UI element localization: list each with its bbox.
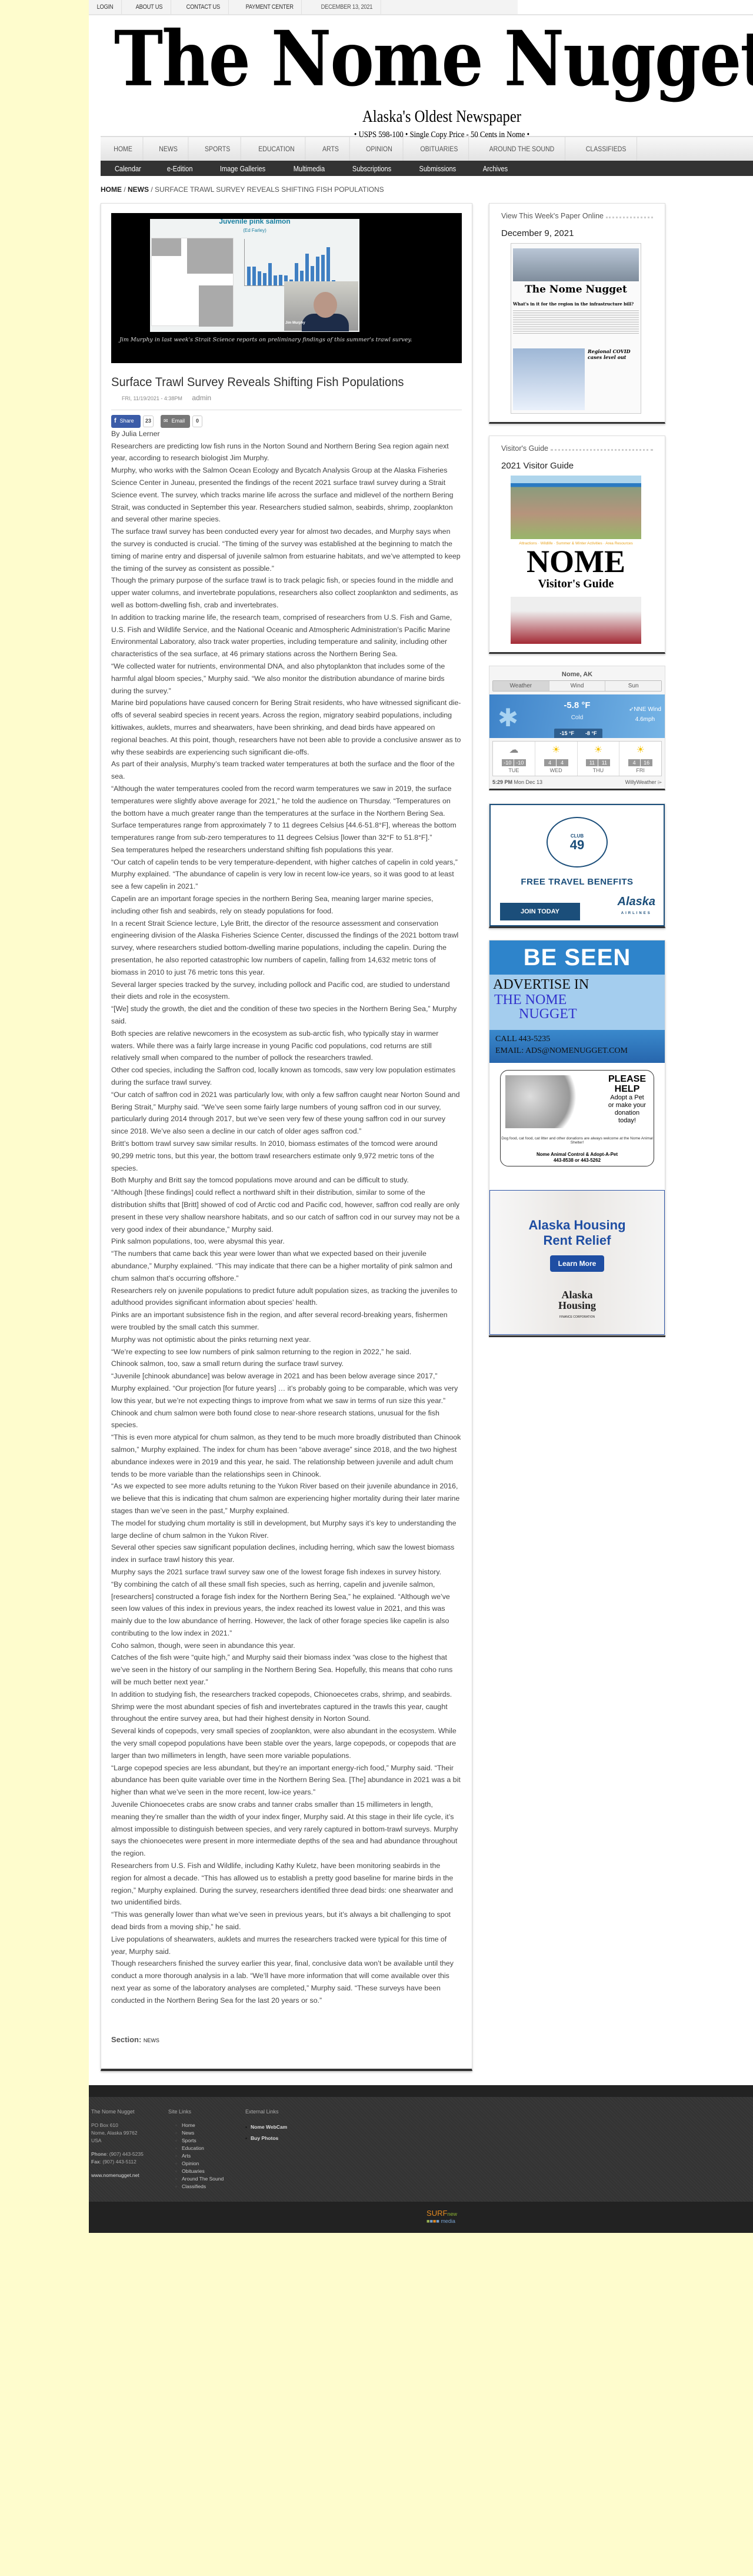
nav-news[interactable]: NEWS (149, 137, 189, 161)
phone-number: : (907) 443-5235 (106, 2151, 144, 2157)
forecast-day-name: THU (578, 767, 619, 773)
ad-subtitle: Adopt a Pet or make your donation today! (607, 1094, 648, 1125)
paragraph: “[We] study the growth, the diet and the… (111, 1003, 462, 1028)
forecast-high: 16 (641, 759, 652, 766)
facebook-icon: f (114, 415, 116, 427)
nav-around-the-sound[interactable]: AROUND THE SOUND (479, 137, 565, 161)
cover-nome: NOME (511, 546, 641, 577)
weather-widget: Nome, AK Weather Wind Sun ✱ -5.8 °F Cold… (489, 666, 665, 790)
byline: By Julia Lerner (111, 428, 462, 440)
slide-title: Juvenile pink salmon (150, 219, 359, 225)
email-share-button[interactable]: ✉Email (161, 415, 190, 428)
paragraph: Sea temperatures helped the researchers … (111, 844, 462, 856)
paragraph: Catches of the fish were “quite high,” a… (111, 1651, 462, 1688)
footer-external-links: External Links Nome WebCam Buy Photos (245, 2109, 322, 2190)
paragraph: Researchers from U.S. Fish and Wildlife,… (111, 1860, 462, 1909)
footer-link-home[interactable]: Home (175, 2122, 245, 2129)
breadcrumb-home[interactable]: HOME (101, 185, 122, 194)
widget-title: Visitor's Guide (501, 444, 548, 453)
subnav-subscriptions[interactable]: Subscriptions (352, 164, 391, 173)
paragraph: “Large copepod species are less abundant… (111, 1762, 462, 1799)
subnav-multimedia[interactable]: Multimedia (294, 164, 325, 173)
current-date: DECEMBER 13, 2021 (313, 0, 381, 14)
facebook-share-label: Share (120, 415, 134, 427)
rent-relief-ad[interactable]: Alaska HousingRent Relief Learn More Ala… (489, 1190, 665, 1335)
address-line: Nome, Alaska 99762 (91, 2129, 168, 2137)
paragraph: “We collected water for nutrients, envir… (111, 660, 462, 697)
forecast-day: ☀1111THU (578, 742, 620, 776)
footer-contact: The Nome Nugget PO Box 610 Nome, Alaska … (91, 2109, 168, 2190)
snow-cloud-icon: ☁ (493, 744, 535, 757)
footer-site-links: Site Links Home News Sports Education Ar… (168, 2109, 245, 2190)
widget-title: View This Week's Paper Online (501, 212, 604, 220)
article-title: Surface Trawl Survey Reveals Shifting Fi… (111, 375, 448, 390)
paragraph: Live populations of shearwaters, auklets… (111, 1933, 462, 1958)
footer-link-news[interactable]: News (175, 2129, 245, 2137)
footer-link-around-the-sound[interactable]: Around The Sound (175, 2175, 245, 2183)
slide-subtitle: (Ed Farley) (150, 225, 359, 237)
advertise-ad[interactable]: BE SEEN ADVERTISE IN THE NOME NUGGET CAL… (489, 940, 665, 1335)
nav-home[interactable]: HOME (104, 137, 144, 161)
site-subtitle: Alaska's Oldest Newspaper (142, 107, 742, 127)
forecast-low: 4 (544, 759, 556, 766)
facebook-share-count: 23 (143, 416, 154, 427)
ad-headline: Alaska Housing (490, 1218, 664, 1233)
breadcrumb-separator: / (122, 185, 128, 194)
share-bar: fShare 23 ✉Email 0 (111, 415, 462, 428)
subnav-image-galleries[interactable]: Image Galleries (220, 164, 265, 173)
article-body: By Julia Lerner Researchers are predicti… (111, 428, 462, 2007)
image-caption: Jim Murphy in last week's Strait Science… (111, 335, 462, 344)
footer-link-arts[interactable]: Arts (175, 2152, 245, 2160)
paragraph: The surface trawl survey has been conduc… (111, 526, 462, 574)
paragraph: Both Murphy and Britt say the tomcod pop… (111, 1174, 462, 1186)
paragraph: The model for studying chum mortality is… (111, 1517, 462, 1542)
nav-education[interactable]: EDUCATION (248, 137, 305, 161)
cover-title: The Nome Nugget (511, 284, 641, 295)
paragraph: Murphy says the 2021 surface trawl surve… (111, 1566, 462, 1578)
footer-title: Site Links (168, 2109, 245, 2115)
club-49-logo: CLUB49 (547, 817, 608, 867)
paragraph: Shrimp were the most abundant species of… (111, 1701, 462, 1726)
weather-provider: WillyWeather (625, 779, 657, 785)
forecast-low: -10 (502, 759, 514, 766)
forecast-high: 4 (557, 759, 568, 766)
breadcrumb-separator: / (149, 185, 155, 194)
about-us-link[interactable]: ABOUT US (128, 0, 171, 14)
cover-visitors-guide: Visitor's Guide (511, 577, 641, 591)
masthead[interactable]: The Nome Nugget Alaska's Oldest Newspape… (89, 15, 753, 136)
contact-us-link[interactable]: CONTACT US (178, 0, 228, 14)
article-meta: FRI, 11/19/2021 - 4:38PM admin (122, 392, 462, 410)
footer-link-education[interactable]: Education (175, 2145, 245, 2152)
paragraph: In a recent Strait Science lecture, Lyle… (111, 918, 462, 979)
paragraph: “Our catch of capelin tends to be very t… (111, 856, 462, 893)
website-link[interactable]: www.nomenugget.net (91, 2172, 168, 2179)
forecast-low: 11 (586, 759, 598, 766)
payment-center-link[interactable]: PAYMENT CENTER (238, 0, 302, 14)
ad-title: PLEASE HELP (607, 1074, 648, 1094)
divider (111, 410, 462, 410)
facebook-share-button[interactable]: fShare (111, 415, 141, 428)
alaska-airlines-logo: AlaskaAIRLINES (618, 896, 656, 919)
alaska-airlines-ad[interactable]: CLUB49 FREE TRAVEL BENEFITS JOIN TODAY A… (489, 803, 665, 928)
fax-number: : (907) 443-5112 (100, 2159, 136, 2165)
visitor-guide-widget: Visitor's Guide 2021 Visitor Guide Attra… (489, 436, 665, 654)
article-section: Section: NEWS (111, 2034, 462, 2047)
email-share-count: 0 (192, 416, 202, 427)
paragraph: Several kinds of copepods, very small sp… (111, 1725, 462, 1761)
paragraph: Capelin are an important forage species … (111, 893, 462, 918)
paragraph: “This was generally lower than what we’v… (111, 1909, 462, 1933)
forecast-day-name: TUE (493, 767, 535, 773)
ad-phone: CALL 443-5235 (495, 1033, 659, 1045)
visitor-guide-link[interactable]: 2021 Visitor Guide (501, 461, 653, 471)
ad-headline: Rent Relief (490, 1233, 664, 1248)
paragraph: Murphy was not optimistic about the pink… (111, 1334, 462, 1346)
login-link[interactable]: LOGIN (89, 0, 122, 14)
ad-email: EMAIL: ADS@NOMENUGGET.COM (495, 1045, 659, 1057)
join-today-button[interactable]: JOIN TODAY (500, 903, 580, 920)
willyweather-link[interactable]: WillyWeather ⌲ (625, 779, 662, 786)
site-logo[interactable]: The Nome Nugget (89, 19, 753, 100)
ad-line: THE NOME (494, 993, 660, 1007)
paper-date[interactable]: December 9, 2021 (501, 228, 653, 238)
envelope-icon: ✉ (164, 415, 168, 427)
cover-headline: What's in it for the region in the infra… (513, 301, 639, 307)
nav-obituaries[interactable]: OBITUARIES (410, 137, 469, 161)
ad-headline: BE SEEN (489, 940, 665, 975)
slide-screenshot: Juvenile pink salmon (Ed Farley) Jim Mur… (150, 219, 359, 332)
ad-line: ADVERTISE IN (493, 977, 661, 993)
slide-bar-chart (244, 239, 350, 286)
buy-photos-link[interactable]: Buy Photos (245, 2133, 322, 2144)
section-label: Section: (111, 2035, 141, 2044)
temp-low: -15 °F (559, 730, 574, 736)
tab-sun[interactable]: Sun (605, 681, 661, 691)
surf-new-media-logo[interactable]: SURFnew■■■■ media (427, 2210, 457, 2225)
willyweather-logo-icon: ⌲ (658, 779, 662, 785)
article-image[interactable]: Juvenile pink salmon (Ed Farley) Jim Mur… (111, 213, 462, 363)
paragraph: “Although the water temperatures cooled … (111, 783, 462, 844)
article-date: FRI, 11/19/2021 - 4:38PM (122, 395, 182, 401)
paragraph: “As we expected to see more adults retun… (111, 1480, 462, 1517)
paragraph: In addition to tracking marine life, the… (111, 611, 462, 660)
paragraph: Though the primary purpose of the surfac… (111, 574, 462, 611)
paragraph: “Juvenile [chinook abundance] was below … (111, 1370, 462, 1407)
paragraph: Marine bird populations have caused conc… (111, 697, 462, 758)
paragraph: Several larger species tracked by the su… (111, 979, 462, 1003)
article: Juvenile pink salmon (Ed Farley) Jim Mur… (101, 203, 472, 2071)
forecast-low: 4 (628, 759, 640, 766)
alaska-housing-logo: AlaskaHousingFINANCE CORPORATION (490, 1289, 664, 1322)
paper-cover-image[interactable]: The Nome Nugget What's in it for the reg… (511, 243, 641, 414)
paragraph: Researchers rely on juvenile populations… (111, 1285, 462, 1309)
ad-phones: 443-8538 or 443-5262 (501, 1158, 654, 1164)
temp-high: -8 °F (585, 730, 597, 736)
email-share-label: Email (172, 415, 185, 427)
nav-opinion[interactable]: OPINION (355, 137, 403, 161)
paragraph: Pinks are an important subsistence fish … (111, 1309, 462, 1334)
forecast-high: 11 (598, 759, 610, 766)
breadcrumb-current: SURFACE TRAWL SURVEY REVEALS SHIFTING FI… (155, 185, 384, 194)
forecast-high: -10 (514, 759, 526, 766)
forecast-day: ☀416FRI (619, 742, 661, 776)
footer-link-opinion[interactable]: Opinion (175, 2160, 245, 2168)
fax-label: Fax (91, 2159, 100, 2165)
paragraph: Chinook salmon, too, saw a small return … (111, 1358, 462, 1370)
forecast-day: ☀44WED (535, 742, 578, 776)
adopt-a-pet-ad[interactable]: PLEASE HELPAdopt a Pet or make your dona… (489, 1063, 665, 1190)
footer-link-sports[interactable]: Sports (175, 2137, 245, 2145)
section-link[interactable]: NEWS (144, 2037, 159, 2043)
tab-wind[interactable]: Wind (549, 681, 606, 691)
footer-title: External Links (245, 2109, 322, 2115)
paragraph: “Our catch of saffron cod in 2021 was pa… (111, 1089, 462, 1138)
paragraph: Researchers are predicting low fish runs… (111, 440, 462, 465)
paragraph: Murphy, who works with the Salmon Ocean … (111, 464, 462, 526)
ad-org: Nome Animal Control & Adopt-A-Pet (501, 1152, 654, 1158)
paragraph: Other cod species, including the Saffron… (111, 1064, 462, 1089)
cover-headline-2: Regional COVID cases level out (588, 348, 641, 360)
webcam-inset: Jim Murphy (284, 281, 358, 331)
footer-title: The Nome Nugget (91, 2109, 168, 2115)
paragraph: Both species are relative newcomers in t… (111, 1028, 462, 1064)
footer: The Nome Nugget PO Box 610 Nome, Alaska … (89, 2085, 753, 2233)
sub-nav: Calendar e-Edition Image Galleries Multi… (101, 161, 753, 176)
sun-snow-icon: ☀ (578, 744, 619, 757)
weather-date: Mon Dec 13 (514, 779, 543, 785)
subnav-archives[interactable]: Archives (482, 164, 507, 173)
top-bar: LOGIN ABOUT US CONTACT US PAYMENT CENTER… (89, 0, 753, 15)
footer-link-classifieds[interactable]: Classifieds (175, 2183, 245, 2191)
nome-webcam-link[interactable]: Nome WebCam (245, 2122, 322, 2133)
nav-classifieds[interactable]: CLASSIFIEDS (575, 137, 637, 161)
slide-map (151, 238, 234, 326)
paragraph: Coho salmon, though, were seen in abunda… (111, 1640, 462, 1652)
paragraph: “Although [these findings] could reflect… (111, 1186, 462, 1235)
visitor-guide-cover[interactable]: Attractions · Wildlife · Summer & Winter… (511, 476, 641, 644)
nav-sports[interactable]: SPORTS (194, 137, 241, 161)
breadcrumb: HOME / NEWS / SURFACE TRAWL SURVEY REVEA… (101, 185, 753, 194)
wind-direction: NNE Wind (634, 706, 661, 713)
paragraph: “We’re expecting to see low numbers of p… (111, 1346, 462, 1358)
nav-arts[interactable]: ARTS (312, 137, 349, 161)
phone-label: Phone (91, 2151, 106, 2157)
paragraph: “By combining the catch of all these sma… (111, 1578, 462, 1640)
breadcrumb-news[interactable]: NEWS (128, 185, 149, 194)
paragraph: In addition to studying fish, the resear… (111, 1688, 462, 1701)
page: LOGIN ABOUT US CONTACT US PAYMENT CENTER… (89, 0, 753, 2233)
address-line: PO Box 610 (91, 2122, 168, 2129)
subnav-calendar[interactable]: Calendar (115, 164, 141, 173)
paragraph: Pink salmon populations, too, were abysm… (111, 1235, 462, 1248)
paragraph: Several other species saw significant po… (111, 1541, 462, 1566)
forecast-day-name: WED (535, 767, 577, 773)
paragraph: As part of their analysis, Murphy’s team… (111, 758, 462, 783)
subnav-submissions[interactable]: Submissions (419, 164, 457, 173)
paragraph: “This is even more atypical for chum sal… (111, 1431, 462, 1480)
ad-note: Dog food, cat food, cat litter and other… (501, 1136, 654, 1145)
webcam-name: Jim Murphy (285, 317, 305, 330)
weather-location: Nome, AK (489, 666, 665, 680)
paragraph: Britt’s bottom trawl survey saw similar … (111, 1138, 462, 1174)
weather-time: 5:29 PM (492, 779, 512, 785)
tab-weather[interactable]: Weather (493, 681, 549, 691)
ad-headline: FREE TRAVEL BENEFITS (491, 877, 664, 887)
paragraph: Chinook and chum salmon were both found … (111, 1407, 462, 1432)
weekly-paper-widget: View This Week's Paper Online December 9… (489, 203, 665, 424)
learn-more-button[interactable]: Learn More (550, 1255, 605, 1272)
subnav-e-edition[interactable]: e-Edition (167, 164, 193, 173)
ad-line: NUGGET (519, 1007, 660, 1021)
paragraph: Juvenile Chionoecetes crabs are snow cra… (111, 1799, 462, 1860)
footer-link-obituaries[interactable]: Obituaries (175, 2168, 245, 2175)
paragraph: “The numbers that came back this year we… (111, 1248, 462, 1284)
forecast-day-name: FRI (619, 767, 661, 773)
wind-speed: 4.6mph (635, 716, 655, 723)
address-line: USA (91, 2137, 168, 2145)
article-author[interactable]: admin (192, 394, 211, 402)
dog-cat-illustration (505, 1075, 588, 1128)
forecast-day: ☁-10-10TUE (493, 742, 535, 776)
sun-snow-icon: ☀ (619, 744, 661, 757)
paragraph: Though researchers finished the survey e… (111, 1957, 462, 2006)
sun-snow-icon: ☀ (535, 744, 577, 757)
sidebar: View This Week's Paper Online December 9… (489, 203, 665, 1349)
